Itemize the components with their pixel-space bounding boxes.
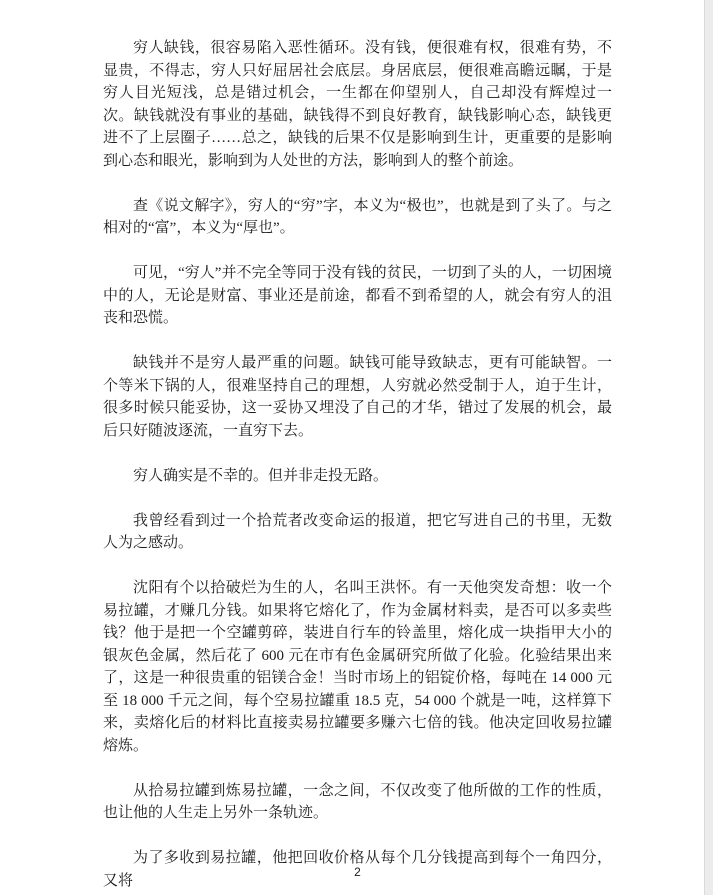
paragraph: 从拾易拉罐到炼易拉罐，一念之间，不仅改变了他所做的工作的性质，也让他的人生走上另… bbox=[103, 780, 612, 825]
page-body-text: 穷人缺钱，很容易陷入恶性循环。没有钱，便很难有权，很难有势，不显贵，不得志，穷人… bbox=[103, 37, 612, 892]
paragraph: 沈阳有个以拾破烂为生的人，名叫王洪怀。有一天他突发奇想：收一个易拉罐，才赚几分钱… bbox=[103, 577, 612, 757]
paragraph: 缺钱并不是穷人最严重的问题。缺钱可能导致缺志，更有可能缺智。一个等米下锅的人，很… bbox=[103, 352, 612, 442]
viewer-edge-strip bbox=[704, 0, 713, 895]
paragraph: 我曾经看到过一个拾荒者改变命运的报道，把它写进自己的书里，无数人为之感动。 bbox=[103, 510, 612, 555]
page-number: 2 bbox=[103, 865, 612, 879]
paragraph: 穷人确实是不幸的。但并非走投无路。 bbox=[103, 465, 612, 488]
paragraph: 穷人缺钱，很容易陷入恶性循环。没有钱，便很难有权，很难有势，不显贵，不得志，穷人… bbox=[103, 37, 612, 172]
paragraph: 可见，“穷人”并不完全等同于没有钱的贫民，一切到了头的人，一切困境中的人，无论是… bbox=[103, 262, 612, 330]
document-page: 穷人缺钱，很容易陷入恶性循环。没有钱，便很难有权，很难有势，不显贵，不得志，穷人… bbox=[0, 0, 705, 895]
paragraph: 查《说文解字》，穷人的“穷”字，本义为“极也”，也就是到了头了。与之相对的“富”… bbox=[103, 195, 612, 240]
